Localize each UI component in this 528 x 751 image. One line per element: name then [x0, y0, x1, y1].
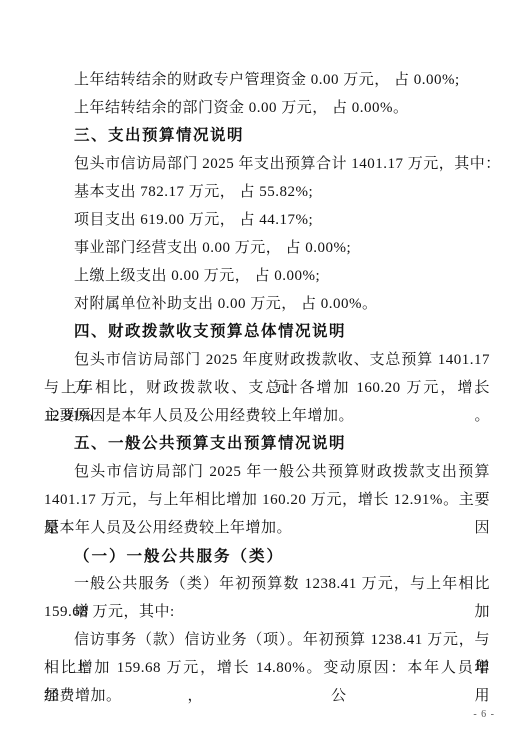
paragraph-line: 对附属单位补助支出 0.00 万元， 占 0.00%。: [44, 290, 490, 318]
document-body: 上年结转结余的财政专户管理资金 0.00 万元， 占 0.00%; 上年结转结余…: [44, 66, 490, 710]
paragraph-line: 与上年相比，财政拨款收、支总计各增加 160.20 万元，增长 12.91%。: [44, 374, 490, 402]
paragraph-line: 上年结转结余的财政专户管理资金 0.00 万元， 占 0.00%;: [44, 66, 490, 94]
paragraph-line: 相比增加 159.68 万元，增长 14.80%。变动原因：本年人员增加，公用: [44, 654, 490, 682]
document-page: 上年结转结余的财政专户管理资金 0.00 万元， 占 0.00%; 上年结转结余…: [0, 0, 528, 751]
page-number: - 6 -: [473, 708, 495, 722]
heading-section-3: 三、支出预算情况说明: [44, 122, 490, 150]
paragraph-line: 上年结转结余的部门资金 0.00 万元， 占 0.00%。: [44, 94, 490, 122]
heading-subsection-1: （一）一般公共服务（类）: [44, 542, 490, 570]
paragraph-line: 基本支出 782.17 万元， 占 55.82%;: [44, 178, 490, 206]
paragraph-line: 一般公共服务（类）年初预算数 1238.41 万元，与上年相比增加: [44, 570, 490, 598]
heading-section-4: 四、财政拨款收支预算总体情况说明: [44, 318, 490, 346]
heading-section-5: 五、一般公共预算支出预算情况说明: [44, 430, 490, 458]
paragraph-line: 包头市信访局部门 2025 年一般公共预算财政拨款支出预算: [44, 458, 490, 486]
paragraph-line: 上缴上级支出 0.00 万元， 占 0.00%;: [44, 262, 490, 290]
paragraph-line: 包头市信访局部门 2025 年度财政拨款收、支总预算 1401.17 万元。: [44, 346, 490, 374]
paragraph-line: 包头市信访局部门 2025 年支出预算合计 1401.17 万元，其中：: [44, 150, 490, 178]
paragraph-line: 信访事务（款）信访业务（项）。年初预算 1238.41 万元，与上年: [44, 626, 490, 654]
paragraph-line: 1401.17 万元，与上年相比增加 160.20 万元，增长 12.91%。主…: [44, 486, 490, 514]
paragraph-line: 项目支出 619.00 万元， 占 44.17%;: [44, 206, 490, 234]
paragraph-line: 事业部门经营支出 0.00 万元， 占 0.00%;: [44, 234, 490, 262]
